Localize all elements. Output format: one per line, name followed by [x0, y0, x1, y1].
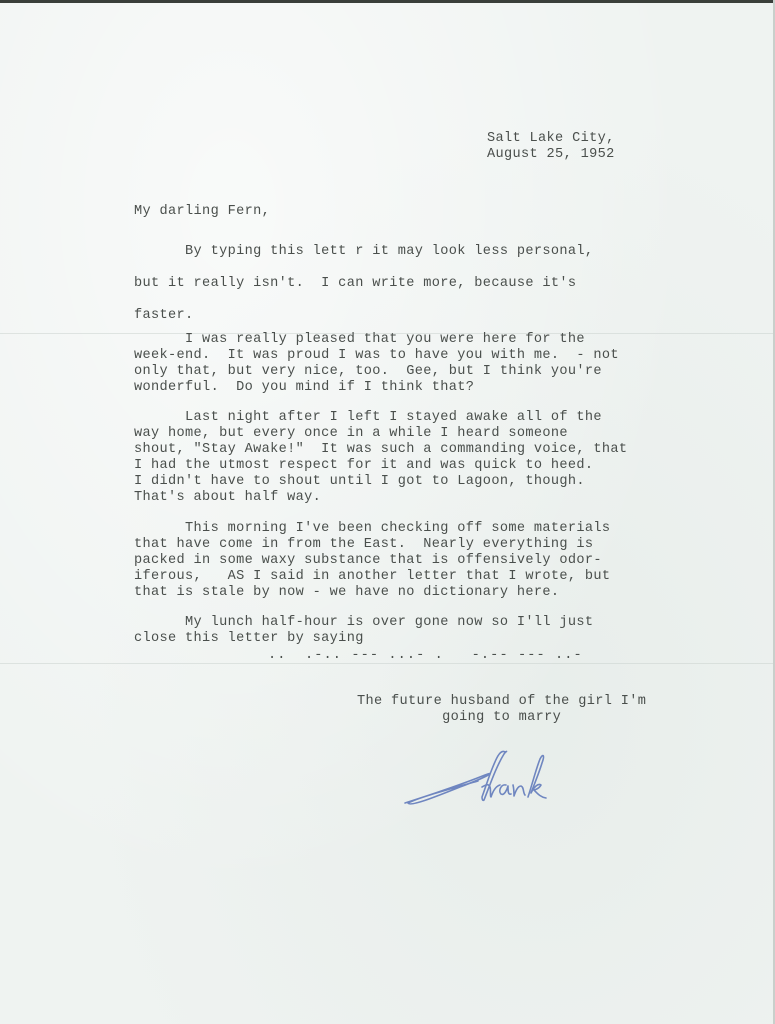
paragraph-3: Last night after I left I stayed awake a…: [134, 410, 627, 506]
letter-paper: [0, 3, 773, 1024]
place: Salt Lake City,: [487, 131, 615, 146]
dateline: Salt Lake City, August 25, 1952: [487, 131, 615, 163]
morse-code-line: .. .-.. --- ...- . -.-- --- ..-: [268, 648, 583, 664]
signature-frank: [400, 745, 560, 825]
paragraph-2: I was really pleased that you were here …: [134, 332, 619, 396]
date: August 25, 1952: [487, 147, 615, 162]
salutation: My darling Fern,: [134, 204, 270, 220]
paragraph-4: This morning I've been checking off some…: [134, 521, 610, 601]
closing: The future husband of the girl I'm going…: [357, 694, 646, 726]
paragraph-5: My lunch half-hour is over gone now so I…: [134, 615, 593, 647]
paragraph-1: By typing this lett r it may look less p…: [134, 236, 593, 332]
